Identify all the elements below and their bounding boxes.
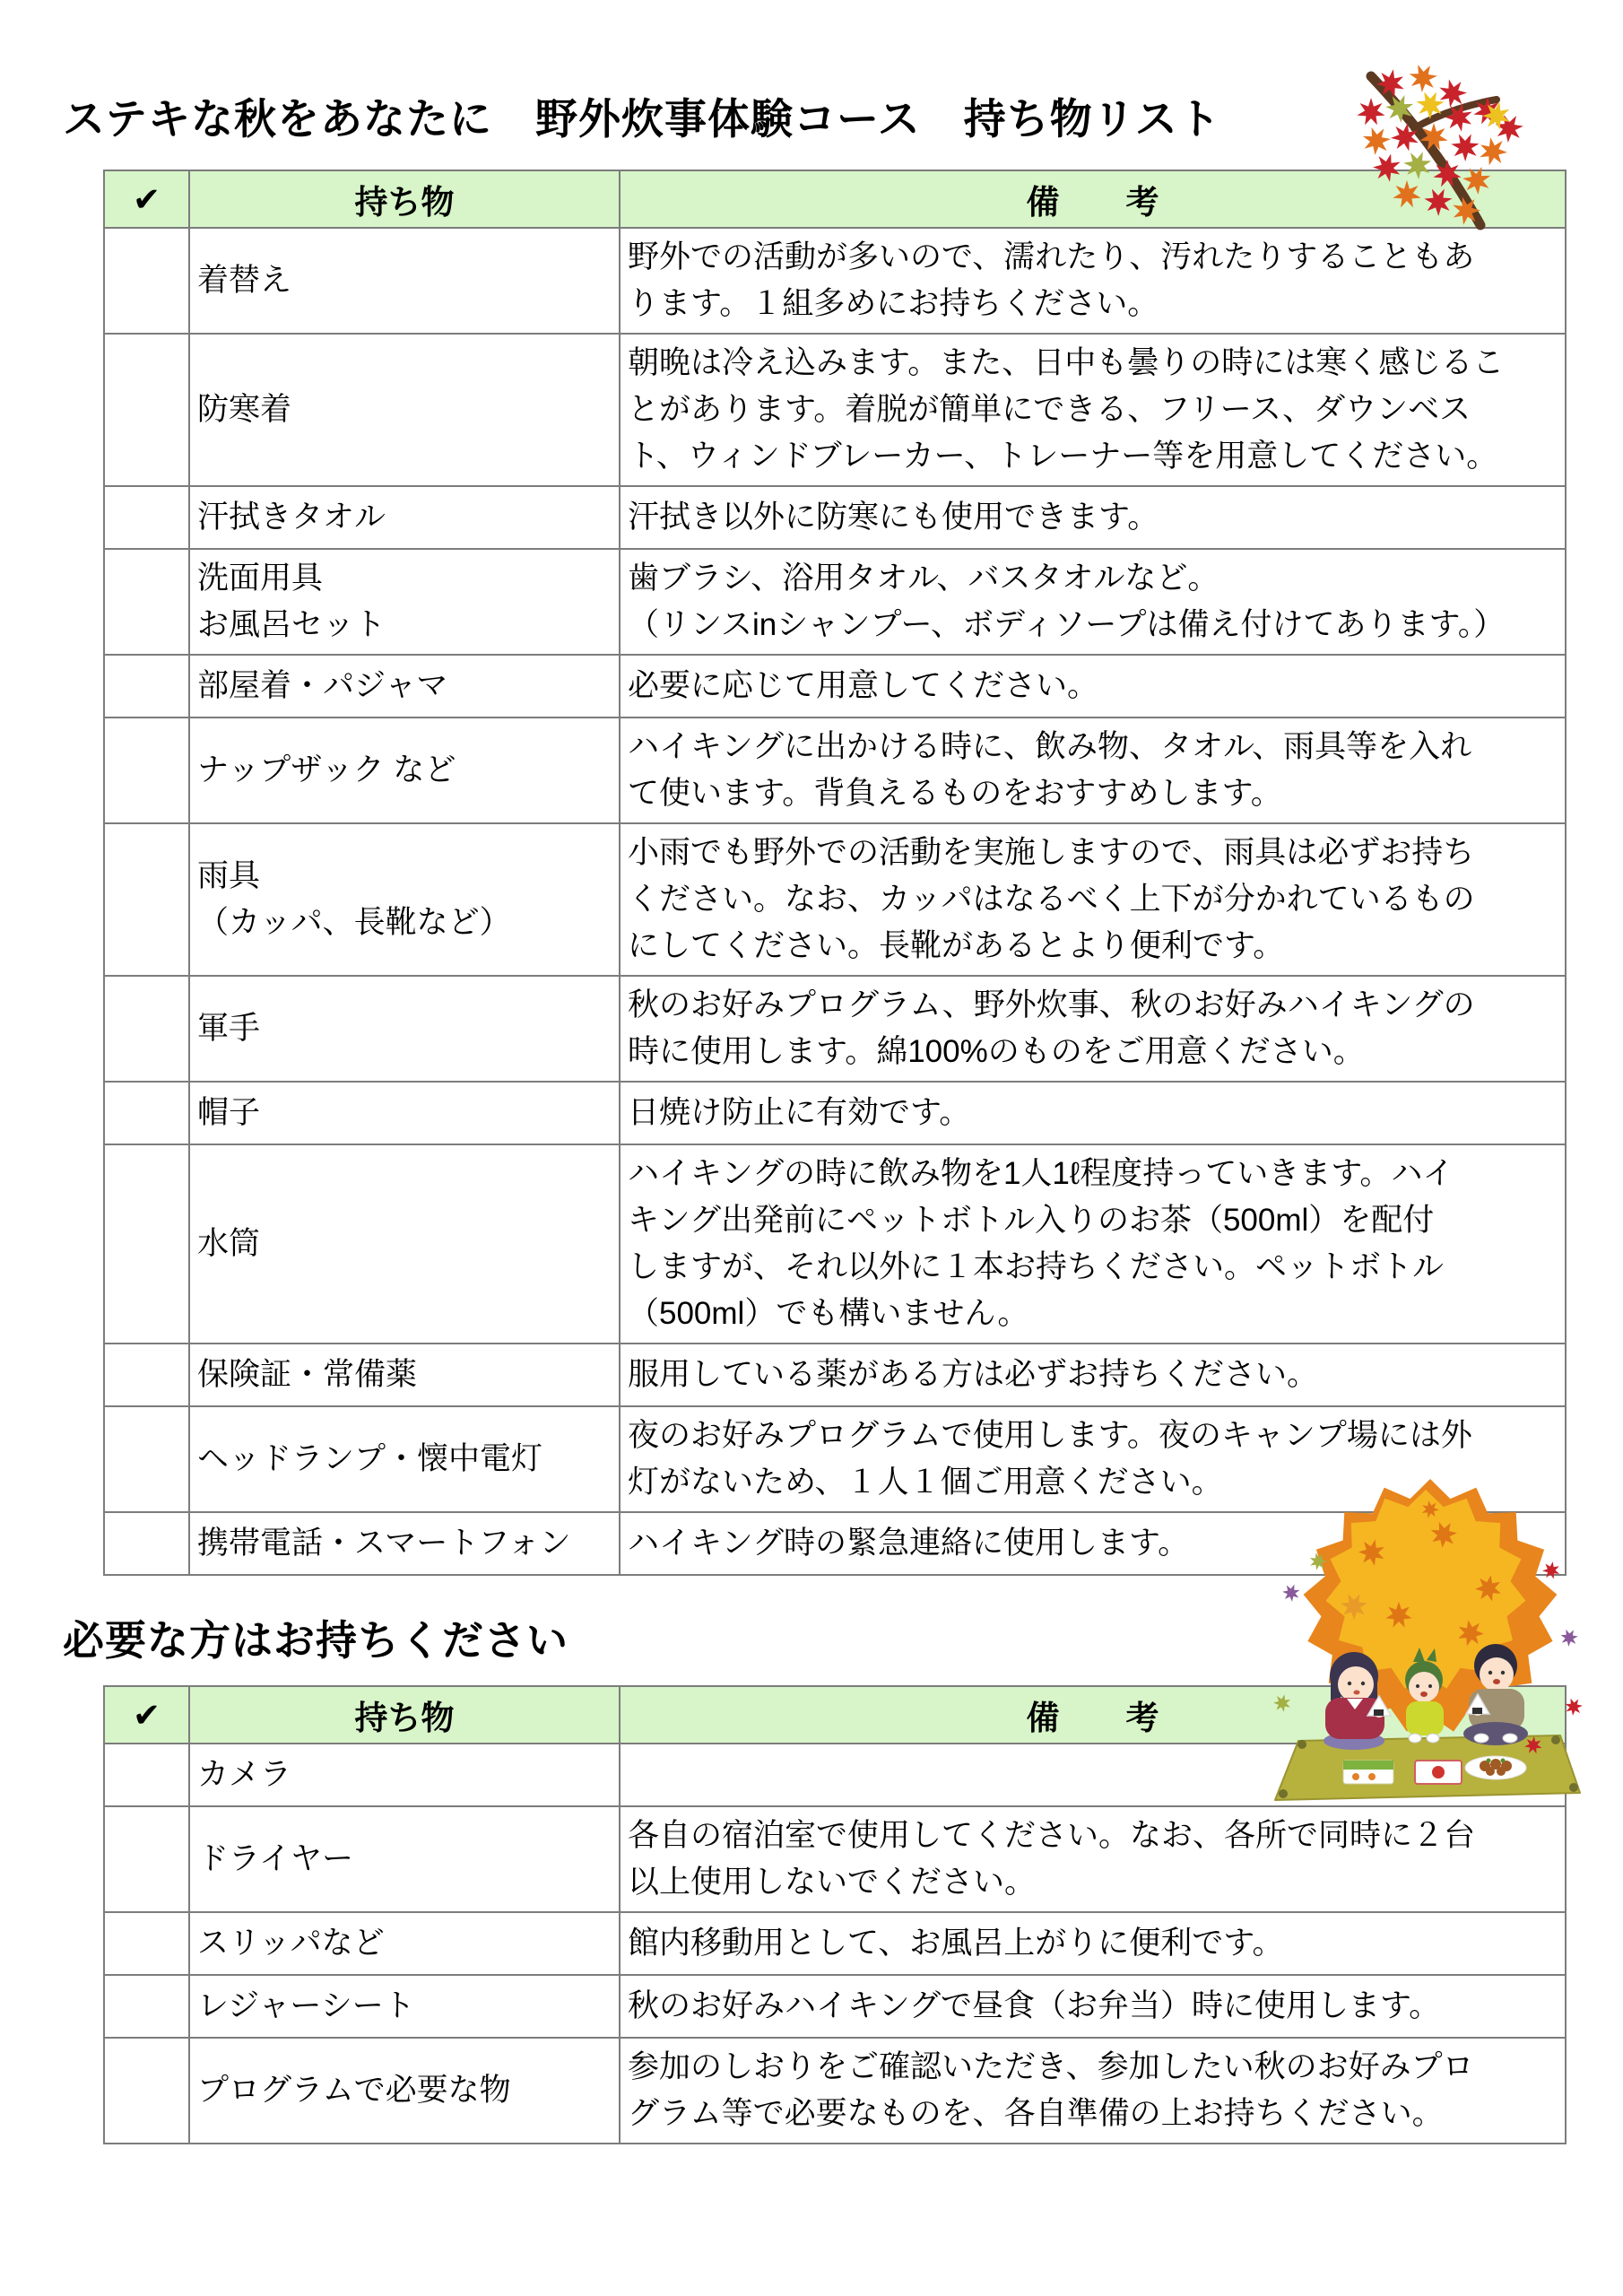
remark-cell: 館内移動用として、お風呂上がりに便利です。 — [620, 1912, 1566, 1975]
item-column-header: 持ち物 — [189, 170, 620, 228]
remark-cell: 秋のお好みプログラム、野外炊事、秋のお好みハイキングの 時に使用します。綿100… — [620, 976, 1566, 1082]
item-cell: 防寒着 — [189, 334, 620, 486]
item-cell: 水筒 — [189, 1144, 620, 1344]
packing-table-2-wrap: ✔ 持ち物 備 考 カメラ ドライヤー各自の宿泊室で使用してください。なお、各所… — [103, 1685, 1565, 2144]
document-page: ステキな秋をあなたに 野外炊事体験コース 持ち物リスト ✔ 持ち物 備 考 着替… — [0, 0, 1623, 2296]
remark-cell: 小雨でも野外での活動を実施しますので、雨具は必ずお持ち ください。なお、カッパは… — [620, 823, 1566, 976]
table-row: 洗面用具 お風呂セット歯ブラシ、浴用タオル、バスタオルなど。 （リンスinシャン… — [104, 549, 1566, 655]
remark-cell: ハイキングに出かける時に、飲み物、タオル、雨具等を入れ て使います。背負えるもの… — [620, 717, 1566, 823]
item-cell: 帽子 — [189, 1082, 620, 1144]
checkbox-cell — [104, 1344, 189, 1406]
checkbox-cell — [104, 976, 189, 1082]
checkbox-cell — [104, 549, 189, 655]
table-row: 水筒ハイキングの時に飲み物を1人1ℓ程度持っていきます。ハイ キング出発前にペッ… — [104, 1144, 1566, 1344]
remark-cell: 参加のしおりをご確認いただき、参加したい秋のお好みプロ グラム等で必要なものを、… — [620, 2038, 1566, 2144]
table-row: 着替え野外での活動が多いので、濡れたり、汚れたりすることもあ ります。１組多めに… — [104, 228, 1566, 334]
item-cell: 着替え — [189, 228, 620, 334]
remark-cell: 必要に応じて用意してください。 — [620, 655, 1566, 717]
remark-cell: 野外での活動が多いので、濡れたり、汚れたりすることもあ ります。１組多めにお持ち… — [620, 228, 1566, 334]
table-row: プログラムで必要な物参加のしおりをご確認いただき、参加したい秋のお好みプロ グラ… — [104, 2038, 1566, 2144]
item-cell: 軍手 — [189, 976, 620, 1082]
page-title: ステキな秋をあなたに 野外炊事体験コース 持ち物リスト — [63, 86, 1623, 146]
checkbox-cell — [104, 486, 189, 549]
checkbox-cell — [104, 1082, 189, 1144]
remark-cell: 服用している薬がある方は必ずお持ちください。 — [620, 1344, 1566, 1406]
table-row: レジャーシート秋のお好みハイキングで昼食（お弁当）時に使用します。 — [104, 1975, 1566, 2038]
remark-cell: ハイキングの時に飲み物を1人1ℓ程度持っていきます。ハイ キング出発前にペットボ… — [620, 1144, 1566, 1344]
item-cell: 部屋着・パジャマ — [189, 655, 620, 717]
table1-header-row: ✔ 持ち物 備 考 — [104, 170, 1566, 228]
table-row: 軍手秋のお好みプログラム、野外炊事、秋のお好みハイキングの 時に使用します。綿1… — [104, 976, 1566, 1082]
checkbox-cell — [104, 717, 189, 823]
table-row: 防寒着朝晩は冷え込みます。また、日中も曇りの時には寒く感じるこ とがあります。着… — [104, 334, 1566, 486]
remark-cell: 各自の宿泊室で使用してください。なお、各所で同時に２台 以上使用しないでください… — [620, 1806, 1566, 1912]
item-cell: 汗拭きタオル — [189, 486, 620, 549]
table-row: 帽子日焼け防止に有効です。 — [104, 1082, 1566, 1144]
table-row: 部屋着・パジャマ必要に応じて用意してください。 — [104, 655, 1566, 717]
table-row: 保険証・常備薬服用している薬がある方は必ずお持ちください。 — [104, 1344, 1566, 1406]
remarks-column-header: 備 考 — [620, 170, 1566, 228]
packing-table-1: ✔ 持ち物 備 考 着替え野外での活動が多いので、濡れたり、汚れたりすることもあ… — [103, 170, 1567, 1576]
checkbox-cell — [104, 1975, 189, 2038]
item-cell: 保険証・常備薬 — [189, 1344, 620, 1406]
remark-cell: ハイキング時の緊急連絡に使用します。 — [620, 1512, 1566, 1575]
item-column-header: 持ち物 — [189, 1686, 620, 1744]
remark-cell: 夜のお好みプログラムで使用します。夜のキャンプ場には外 灯がないため、１人１個ご… — [620, 1406, 1566, 1512]
item-cell: ヘッドランプ・懐中電灯 — [189, 1406, 620, 1512]
table-row: 雨具 （カッパ、長靴など）小雨でも野外での活動を実施しますので、雨具は必ずお持ち… — [104, 823, 1566, 976]
item-cell: ドライヤー — [189, 1806, 620, 1912]
checkbox-cell — [104, 1806, 189, 1912]
check-column-header: ✔ — [104, 1686, 189, 1744]
table-row: 携帯電話・スマートフォンハイキング時の緊急連絡に使用します。 — [104, 1512, 1566, 1575]
checkbox-cell — [104, 334, 189, 486]
item-cell: カメラ — [189, 1744, 620, 1806]
item-cell: 洗面用具 お風呂セット — [189, 549, 620, 655]
table-row: スリッパなど館内移動用として、お風呂上がりに便利です。 — [104, 1912, 1566, 1975]
item-cell: 雨具 （カッパ、長靴など） — [189, 823, 620, 976]
checkbox-cell — [104, 1406, 189, 1512]
check-column-header: ✔ — [104, 170, 189, 228]
packing-table-1-wrap: ✔ 持ち物 備 考 着替え野外での活動が多いので、濡れたり、汚れたりすることもあ… — [103, 170, 1565, 1576]
item-cell: 携帯電話・スマートフォン — [189, 1512, 620, 1575]
table-row: 汗拭きタオル汗拭き以外に防寒にも使用できます。 — [104, 486, 1566, 549]
table2-header-row: ✔ 持ち物 備 考 — [104, 1686, 1566, 1744]
section2-heading: 必要な方はお持ちください — [63, 1608, 1623, 1667]
remark-cell: 歯ブラシ、浴用タオル、バスタオルなど。 （リンスinシャンプー、ボディソープは備… — [620, 549, 1566, 655]
checkbox-cell — [104, 228, 189, 334]
item-cell: プログラムで必要な物 — [189, 2038, 620, 2144]
remark-cell: 汗拭き以外に防寒にも使用できます。 — [620, 486, 1566, 549]
table-row: ドライヤー各自の宿泊室で使用してください。なお、各所で同時に２台 以上使用しない… — [104, 1806, 1566, 1912]
item-cell: スリッパなど — [189, 1912, 620, 1975]
remark-cell: 日焼け防止に有効です。 — [620, 1082, 1566, 1144]
table-row: カメラ — [104, 1744, 1566, 1806]
checkbox-cell — [104, 655, 189, 717]
checkbox-cell — [104, 1512, 189, 1575]
remark-cell: 秋のお好みハイキングで昼食（お弁当）時に使用します。 — [620, 1975, 1566, 2038]
table-row: ナップザック などハイキングに出かける時に、飲み物、タオル、雨具等を入れ て使い… — [104, 717, 1566, 823]
checkbox-cell — [104, 823, 189, 976]
checkbox-cell — [104, 2038, 189, 2144]
checkbox-cell — [104, 1744, 189, 1806]
item-cell: レジャーシート — [189, 1975, 620, 2038]
checkbox-cell — [104, 1144, 189, 1344]
item-cell: ナップザック など — [189, 717, 620, 823]
packing-table-2: ✔ 持ち物 備 考 カメラ ドライヤー各自の宿泊室で使用してください。なお、各所… — [103, 1685, 1567, 2144]
checkbox-cell — [104, 1912, 189, 1975]
remarks-column-header: 備 考 — [620, 1686, 1566, 1744]
remark-cell: 朝晩は冷え込みます。また、日中も曇りの時には寒く感じるこ とがあります。着脱が簡… — [620, 334, 1566, 486]
table-row: ヘッドランプ・懐中電灯夜のお好みプログラムで使用します。夜のキャンプ場には外 灯… — [104, 1406, 1566, 1512]
remark-cell — [620, 1744, 1566, 1806]
